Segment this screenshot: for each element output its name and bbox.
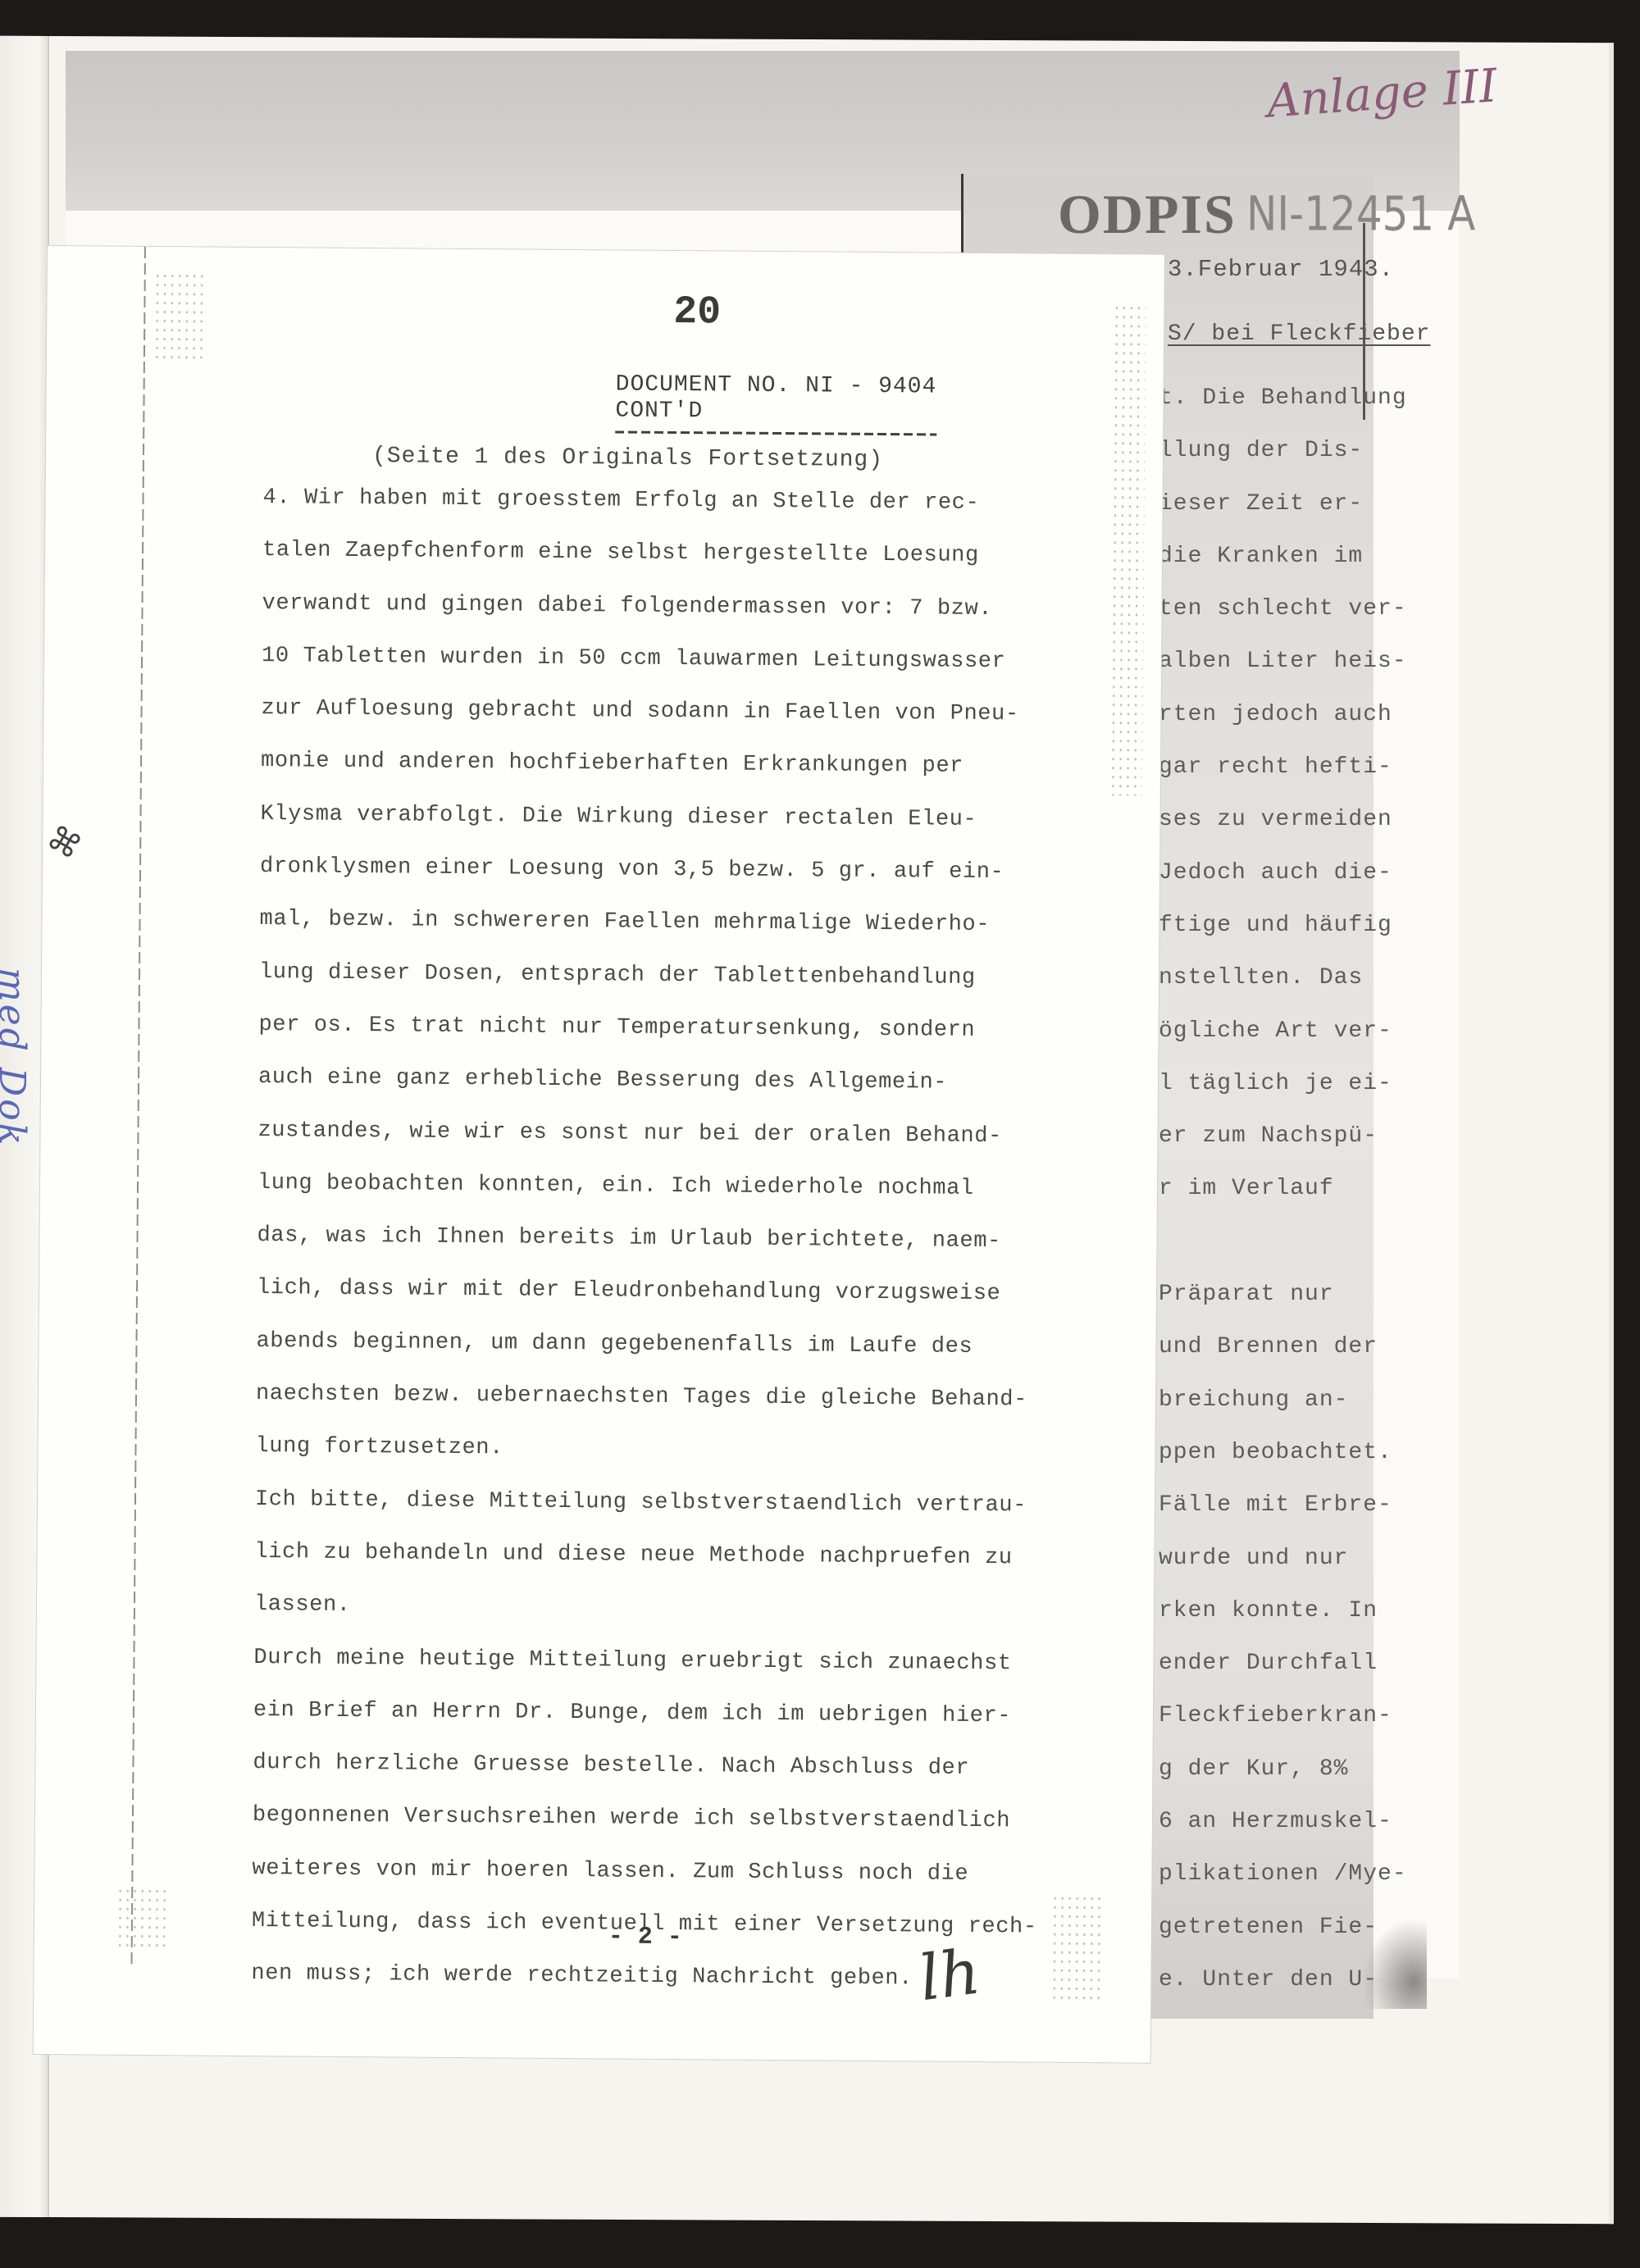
text-line: dronklysmen einer Loesung von 3,5 bezw. … [260, 854, 1129, 914]
text-line: begonnenen Versuchsreihen werde ich selb… [253, 1803, 1122, 1863]
text-line: lich zu behandeln und diese neue Methode… [254, 1540, 1123, 1600]
text-line: ein Brief an Herrn Dr. Bunge, dem ich im… [253, 1698, 1123, 1758]
left-margin-rule [131, 247, 146, 1969]
text-line: abends beginnen, um dann gegebenenfalls … [256, 1329, 1125, 1389]
handwritten-initials: lh [915, 1934, 984, 2015]
fragment-line: ten schlecht ver- [1159, 596, 1407, 649]
text-line: per os. Es trat nicht nur Temperatursenk… [258, 1013, 1127, 1073]
text-line: lassen. [254, 1592, 1123, 1652]
fragment-gap [1159, 1229, 1407, 1282]
stamp-document-number: NI-12451 A [1246, 187, 1475, 242]
fragment-line: wurde und nur [1159, 1546, 1407, 1598]
fragment-line: er zum Nachspü- [1159, 1123, 1407, 1176]
fragment-line: nstellten. Das [1159, 965, 1407, 1018]
text-line: zustandes, wie wir es sonst nur bei der … [257, 1118, 1127, 1178]
photo-shadow [1361, 1919, 1427, 2009]
text-line: mal, bezw. in schwereren Faellen mehrmal… [259, 907, 1128, 967]
fragment-line: und Brennen der [1159, 1334, 1407, 1387]
typed-body-text: 4. Wir haben mit groesstem Erfolg an Ste… [251, 485, 1132, 2021]
fragment-line: Fälle mit Erbre- [1159, 1492, 1407, 1545]
page-number-top: 20 [673, 290, 721, 335]
text-line: lung dieser Dosen, entsprach der Tablett… [259, 960, 1128, 1020]
fragment-line: ses zu vermeiden [1159, 807, 1407, 859]
text-line: verwandt und gingen dabei folgendermasse… [262, 591, 1131, 651]
fragment-line: die Kranken im [1159, 544, 1407, 596]
toner-speckle [153, 271, 203, 362]
text-line: lung fortzusetzen. [255, 1434, 1124, 1494]
page-footer-number: - 2 - [608, 1923, 682, 1951]
fragment-line: ieser Zeit er- [1159, 491, 1407, 544]
text-line: weiteres von mir hoeren lassen. Zum Schl… [252, 1856, 1121, 1916]
background-subject: S/ bei Fleckfieber [1168, 321, 1430, 347]
fragment-line: plikationen /Mye- [1159, 1861, 1407, 1914]
page-subtitle: (Seite 1 des Originals Fortsetzung) [372, 444, 883, 473]
fragment-line: g der Kur, 8% [1159, 1756, 1407, 1809]
handwritten-margin-note: med Dok [0, 968, 33, 1147]
background-text-fragments: t. Die Behandlung llung der Dis- ieser Z… [1159, 385, 1407, 2020]
heading-underline [615, 430, 936, 435]
fragment-line: r im Verlauf [1159, 1176, 1407, 1228]
fragment-line: 6 an Herzmuskel- [1159, 1809, 1407, 1861]
front-document-page: 20 DOCUMENT NO. NI - 9404 CONT'D (Seite … [34, 246, 1164, 2063]
text-line: talen Zaepfchenform eine selbst hergeste… [262, 538, 1132, 598]
fragment-line: Fleckfieberkran- [1159, 1703, 1407, 1756]
text-line: 10 Tabletten wurden in 50 ccm lauwarmen … [262, 644, 1131, 704]
fragment-line: Jedoch auch die- [1159, 860, 1407, 913]
text-line: Durch meine heutige Mitteilung eruebrigt… [253, 1646, 1123, 1706]
document-number-heading: DOCUMENT NO. NI - 9404 CONT'D [615, 371, 936, 426]
continued-label: CONT'D [615, 398, 703, 424]
fragment-line: breichung an- [1159, 1387, 1407, 1440]
fragment-line: rken konnte. In [1159, 1598, 1407, 1651]
text-line: durch herzliche Gruesse bestelle. Nach A… [253, 1751, 1122, 1810]
fragment-line: llung der Dis- [1159, 438, 1407, 490]
fragment-line: l täglich je ei- [1159, 1071, 1407, 1123]
text-line: monie und anderen hochfieberhaften Erkra… [261, 749, 1130, 809]
fragment-line: Präparat nur [1159, 1282, 1407, 1334]
fragment-line: alben Liter heis- [1159, 649, 1407, 701]
toner-speckle [116, 1887, 166, 1952]
text-line: das, was ich Ihnen bereits im Urlaub ber… [257, 1223, 1126, 1283]
text-line: 4. Wir haben mit groesstem Erfolg an Ste… [262, 485, 1132, 545]
background-date: 3.Februar 1943. [1168, 256, 1394, 283]
text-line: lung beobachten konnten, ein. Ich wieder… [257, 1171, 1127, 1231]
fragment-line: ppen beobachtet. [1159, 1440, 1407, 1492]
document-number: DOCUMENT NO. NI - 9404 [616, 371, 937, 399]
fragment-line: gar recht hefti- [1159, 754, 1407, 807]
fragment-line: ftige und häufig [1159, 913, 1407, 965]
text-line: lich, dass wir mit der Eleudronbehandlun… [257, 1276, 1126, 1336]
fragment-line: rten jedoch auch [1159, 702, 1407, 754]
fragment-line: ender Durchfall [1159, 1651, 1407, 1703]
text-line: Mitteilung, dass ich eventuell mit einer… [252, 1909, 1121, 1969]
fragment-line: t. Die Behandlung [1159, 385, 1407, 438]
odpis-stamp: ODPIS [1058, 182, 1237, 247]
fragment-line: ögliche Art ver- [1159, 1018, 1407, 1071]
text-line: zur Aufloesung gebracht und sodann in Fa… [261, 696, 1130, 756]
text-line: nen muss; ich werde rechtzeitig Nachrich… [251, 1961, 1120, 2021]
text-line: auch eine ganz erhebliche Besserung des … [258, 1065, 1127, 1125]
text-line: Ich bitte, diese Mitteilung selbstversta… [255, 1487, 1124, 1547]
text-line: naechsten bezw. uebernaechsten Tages die… [256, 1382, 1125, 1441]
text-line: Klysma verabfolgt. Die Wirkung dieser re… [260, 802, 1129, 862]
